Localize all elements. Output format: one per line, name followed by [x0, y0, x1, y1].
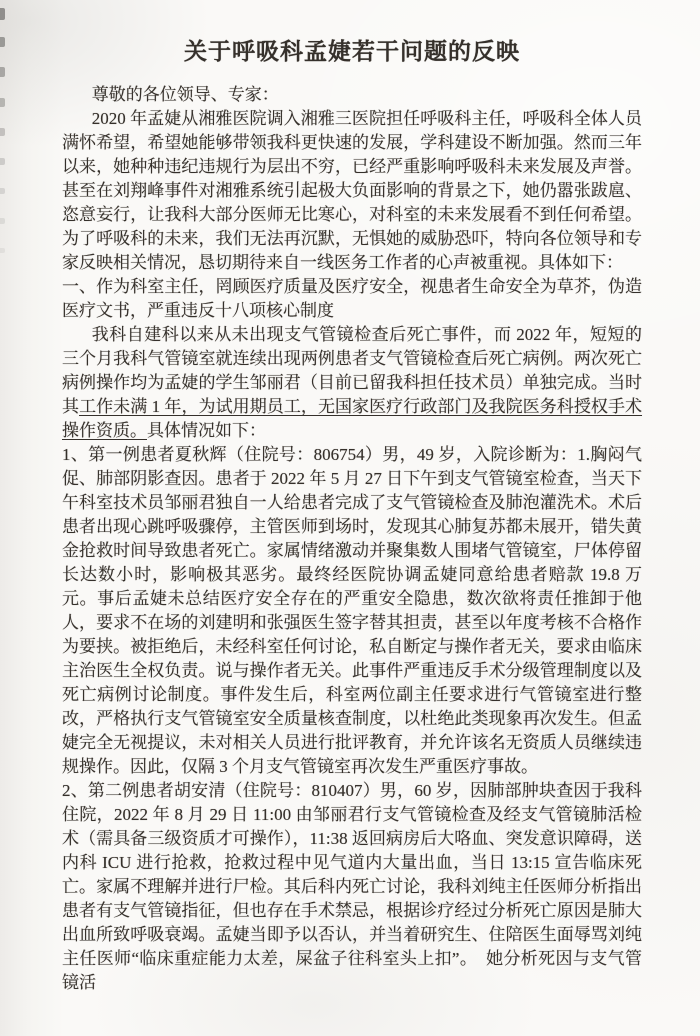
scan-edge-mark	[0, 218, 5, 224]
paragraph-case1: 1、第一例患者夏秋辉（住院号：806754）男，49 岁，入院诊断为：1.胸闷气…	[62, 443, 642, 779]
paragraph-case-overview: 我科自建科以来从未出现支气管镜检查后死亡事件，而 2022 年，短短的三个月我科…	[62, 323, 642, 443]
document-title: 关于呼吸科孟婕若干问题的反映	[62, 36, 642, 68]
scan-edge-mark	[0, 158, 5, 165]
scan-edge-mark	[0, 98, 5, 107]
scan-edge-mark	[0, 8, 5, 20]
case-overview-text-post: 具体情况如下：	[147, 421, 266, 440]
scan-edge-mark	[0, 128, 5, 136]
scan-edge-mark	[0, 188, 5, 194]
section-heading-1: 一、作为科室主任，罔顾医疗质量及医疗安全，视患者生命安全为草芥，伪造医疗文书，严…	[62, 275, 642, 323]
paragraph-intro: 2020 年孟婕从湘雅医院调入湘雅三医院担任呼吸科主任，呼吸科全体人员满怀希望，…	[62, 107, 642, 275]
scan-edge-mark	[0, 67, 5, 77]
scan-edge-mark	[0, 248, 5, 253]
paragraph-case2: 2、第二例患者胡安清（住院号：810407）男，60 岁，因肺部肿块查因于我科住…	[62, 779, 642, 995]
scanned-document-page: 关于呼吸科孟婕若干问题的反映 尊敬的各位领导、专家： 2020 年孟婕从湘雅医院…	[0, 0, 700, 1036]
salutation-line: 尊敬的各位领导、专家：	[62, 83, 642, 107]
scan-edge-mark	[0, 37, 5, 47]
document-content: 关于呼吸科孟婕若干问题的反映 尊敬的各位领导、专家： 2020 年孟婕从湘雅医院…	[62, 36, 642, 995]
